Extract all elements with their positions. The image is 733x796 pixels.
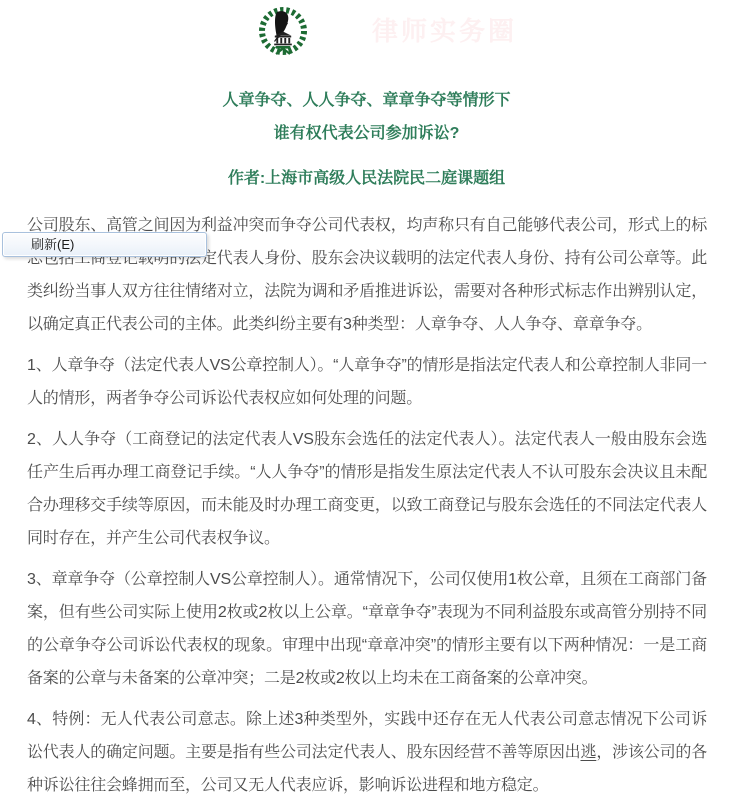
article-author: 作者:上海市高级人民法院民二庭课题组 [27,162,706,195]
paragraph-type3-zhangzhang: 3、章章争夺（公章控制人VS公章控制人）。通常情况下，公司仅使用1枚公章，且须在… [27,563,707,695]
paragraph-special-case: 4、特例：无人代表公司意志。除上述3种类型外，实践中还存在无人代表公司意志情况下… [27,703,707,796]
header: 律师实务圈 [0,0,733,60]
context-menu: 刷新(E) [2,232,207,257]
paragraph-intro: 公司股东、高管之间因为利益冲突而争夺公司代表权，均声称只有自己能够代表公司，形式… [27,209,707,341]
article-body: 公司股东、高管之间因为利益冲突而争夺公司代表权，均声称只有自己能够代表公司，形式… [27,209,707,796]
article-page: 律师实务圈 人章争夺、人人争夺、章章争夺等情形下 谁有权代表公司参加诉讼? 作者… [0,0,733,796]
brand-watermark-text: 律师实务圈 [372,11,517,48]
article-title: 人章争夺、人人争夺、章章争夺等情形下 谁有权代表公司参加诉讼? [27,84,706,150]
court-emblem-logo [256,5,310,61]
paragraph-type2-renren: 2、人人争夺（工商登记的法定代表人VS股东会选任的法定代表人）。法定代表人一般由… [27,423,707,555]
article-title-line1: 人章争夺、人人争夺、章章争夺等情形下 [27,84,706,117]
article-title-line2: 谁有权代表公司参加诉讼? [27,117,706,150]
laurel-quill-courthouse-emblem-icon [256,5,310,61]
paragraph-type1-renzhang: 1、人章争夺（法定代表人VS公章控制人）。“人章争夺”的情形是指法定代表人和公章… [27,349,707,415]
underlined-word: 逃 [580,744,596,761]
context-menu-item-refresh[interactable]: 刷新(E) [3,233,206,256]
